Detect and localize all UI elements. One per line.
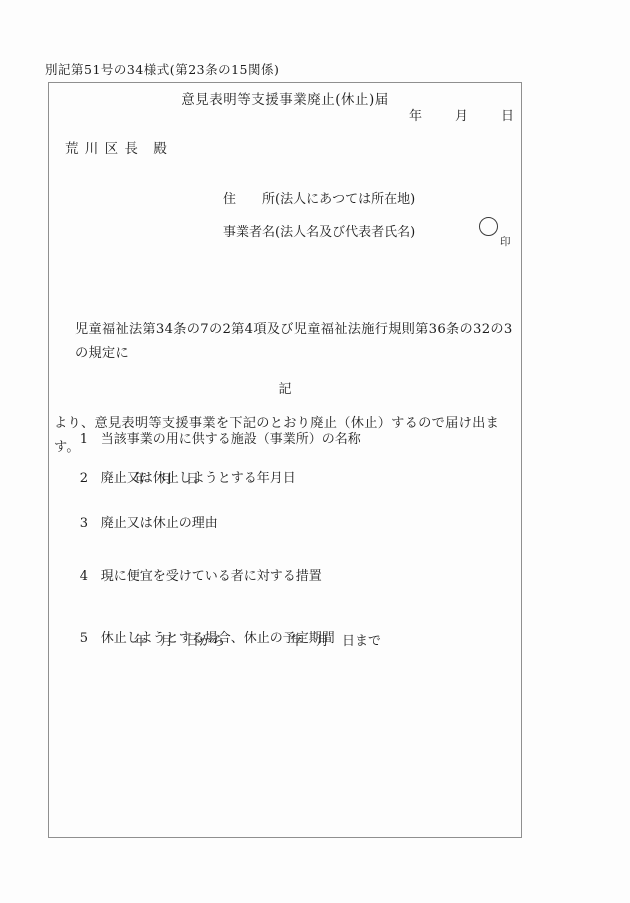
body-line-1: 児童福祉法第34条の7の2第4項及び児童福祉法施行規則第36条の32の3の規定に [54, 318, 516, 365]
item-2-date-blanks: 年 月 日 [134, 468, 199, 487]
item-5-date-blanks: 年 月 日から 年 月 日まで [134, 630, 381, 649]
item-number: 3 [80, 516, 101, 531]
item-number: 2 [80, 471, 101, 486]
addressee: 荒 川 区 長 殿 [65, 137, 168, 157]
month-label: 月 [455, 105, 468, 124]
list-header: 記 [49, 378, 521, 397]
address-label: 住 所(法人にあつては所在地) [223, 188, 415, 207]
date-header-line: 年 月 日 [409, 105, 514, 124]
item-text: 廃止又は休止の理由 [101, 516, 218, 531]
document-page: 別記第51号の34様式(第23条の15関係) 意見表明等支援事業廃止(休止)届 … [0, 0, 630, 903]
seal-label: 印 [500, 236, 511, 248]
list-item-3: 3廃止又は休止の理由 [55, 497, 218, 546]
day-label: 日 [501, 105, 514, 124]
year-label: 年 [409, 105, 422, 124]
item-text: 当該事業の用に供する施設（事業所）の名称 [101, 432, 361, 447]
item-number: 1 [80, 432, 101, 447]
seal-icon: 印 [479, 217, 498, 236]
item-text: 現に便宜を受けている者に対する措置 [101, 569, 322, 584]
form-box: 意見表明等支援事業廃止(休止)届 年 月 日 荒 川 区 長 殿 住 所(法人に… [48, 82, 522, 838]
form-number: 別記第51号の34様式(第23条の15関係) [45, 60, 279, 78]
item-number: 5 [80, 631, 101, 646]
item-number: 4 [80, 569, 101, 584]
business-name-label: 事業者名(法人名及び代表者氏名) [223, 221, 415, 240]
list-item-4: 4現に便宜を受けている者に対する措置 [55, 550, 322, 599]
